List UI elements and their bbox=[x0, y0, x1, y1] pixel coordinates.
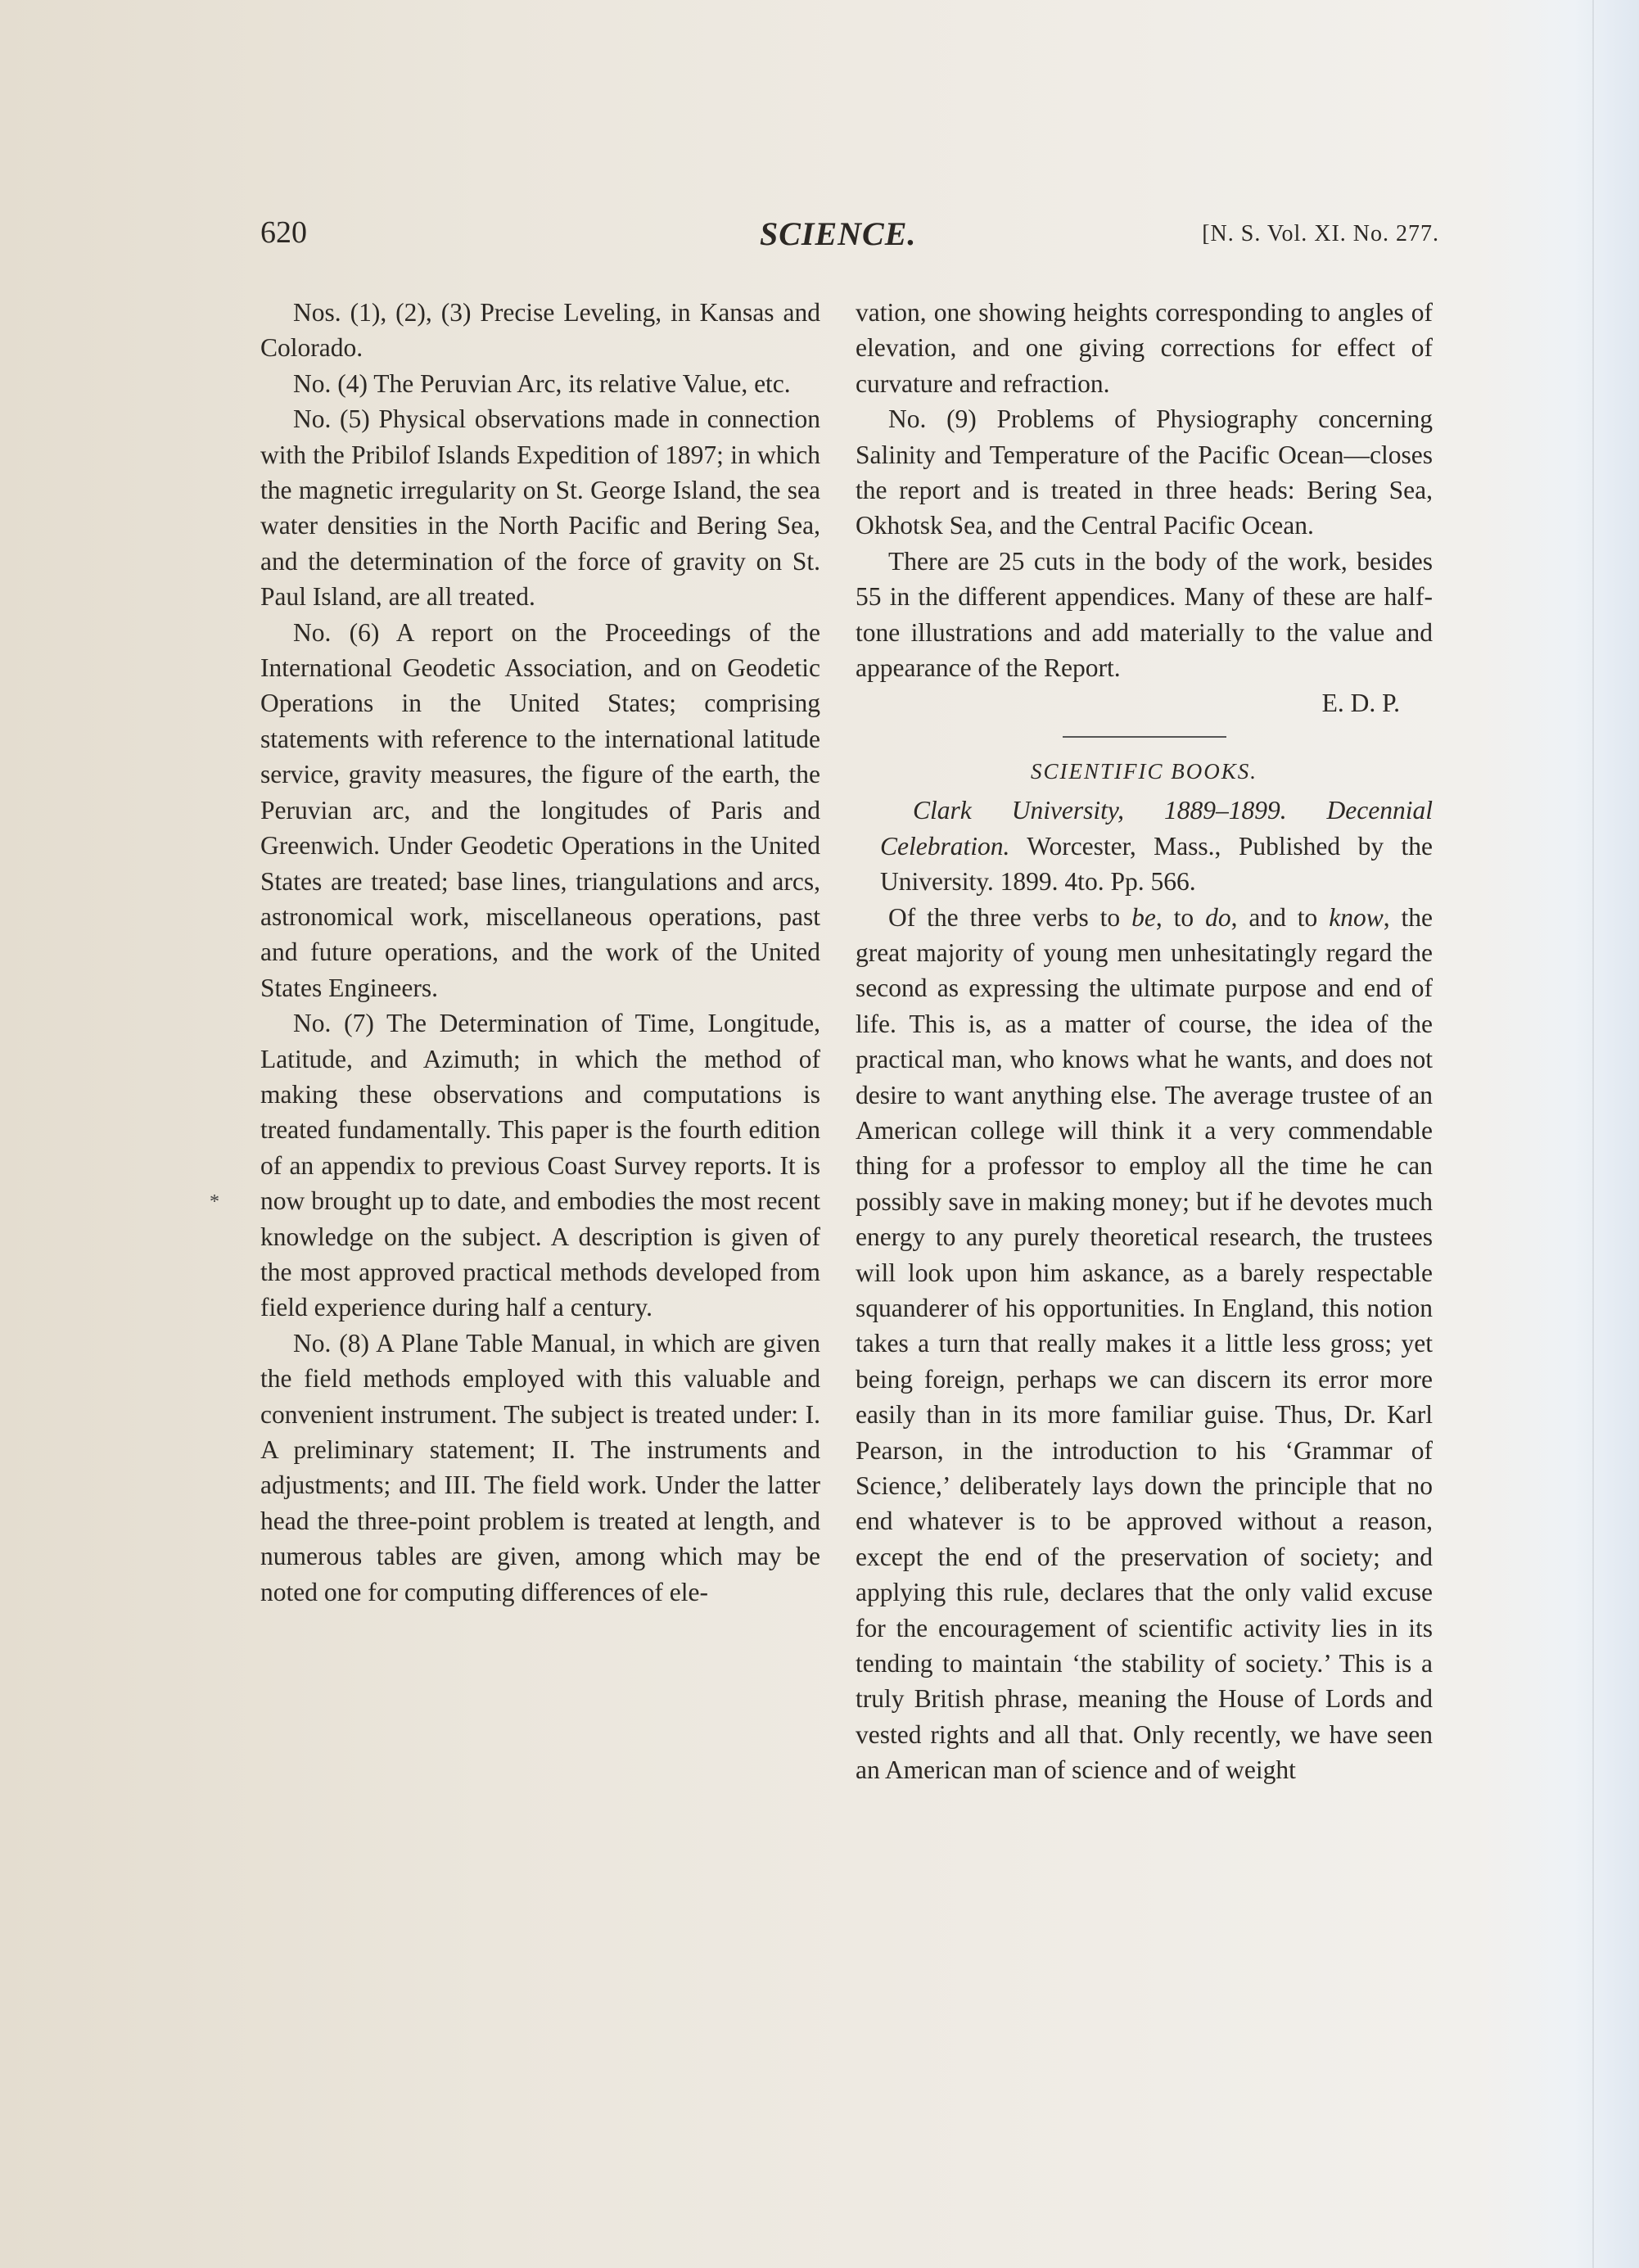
journal-title: SCIENCE. bbox=[760, 215, 916, 253]
book-citation: Clark University, 1889–1899. Decennial C… bbox=[856, 793, 1433, 899]
section-divider bbox=[1063, 736, 1226, 738]
right-column: vation, one showing heights correspondin… bbox=[856, 295, 1433, 1788]
review-text: , the great majority of young men unhesi… bbox=[856, 903, 1433, 1785]
verb-know: know bbox=[1329, 903, 1384, 932]
review-text: , and to bbox=[1231, 903, 1330, 932]
review-text: , to bbox=[1156, 903, 1205, 932]
page-edge bbox=[1592, 0, 1639, 2268]
paragraph-item-8: No. (8) A Plane Table Manual, in which a… bbox=[260, 1326, 820, 1610]
review-paragraph: Of the three verbs to be, to do, and to … bbox=[856, 900, 1433, 1788]
section-title: SCIENTIFIC BOOKS. bbox=[856, 754, 1433, 789]
paragraph-item-5: No. (5) Physical observations made in co… bbox=[260, 401, 820, 614]
volume-info: [N. S. Vol. XI. No. 277. bbox=[1202, 221, 1439, 247]
paragraph-continuation: vation, one showing heights correspondin… bbox=[856, 295, 1433, 401]
author-signature: E. D. P. bbox=[856, 685, 1433, 721]
paragraph-item-6: No. (6) A report on the Proceedings of t… bbox=[260, 615, 820, 1005]
paragraph-item-4: No. (4) The Peruvian Arc, its relative V… bbox=[260, 366, 820, 401]
paragraph-items-1-3: Nos. (1), (2), (3) Precise Leveling, in … bbox=[260, 295, 820, 366]
margin-mark: * bbox=[210, 1191, 219, 1213]
paragraph-item-7: No. (7) The Determination of Time, Longi… bbox=[260, 1005, 820, 1326]
left-column: Nos. (1), (2), (3) Precise Leveling, in … bbox=[260, 295, 820, 1610]
verb-be: be bbox=[1131, 903, 1156, 932]
running-header: 620 SCIENCE. [N. S. Vol. XI. No. 277. bbox=[260, 215, 1439, 255]
review-text: Of the three verbs to bbox=[888, 903, 1131, 932]
page-number: 620 bbox=[260, 215, 307, 251]
paragraph-item-9: No. (9) Problems of Physiography concern… bbox=[856, 401, 1433, 544]
verb-do: do bbox=[1205, 903, 1231, 932]
scanned-page: 620 SCIENCE. [N. S. Vol. XI. No. 277. * … bbox=[0, 0, 1639, 2268]
paragraph-summary: There are 25 cuts in the body of the wor… bbox=[856, 544, 1433, 686]
